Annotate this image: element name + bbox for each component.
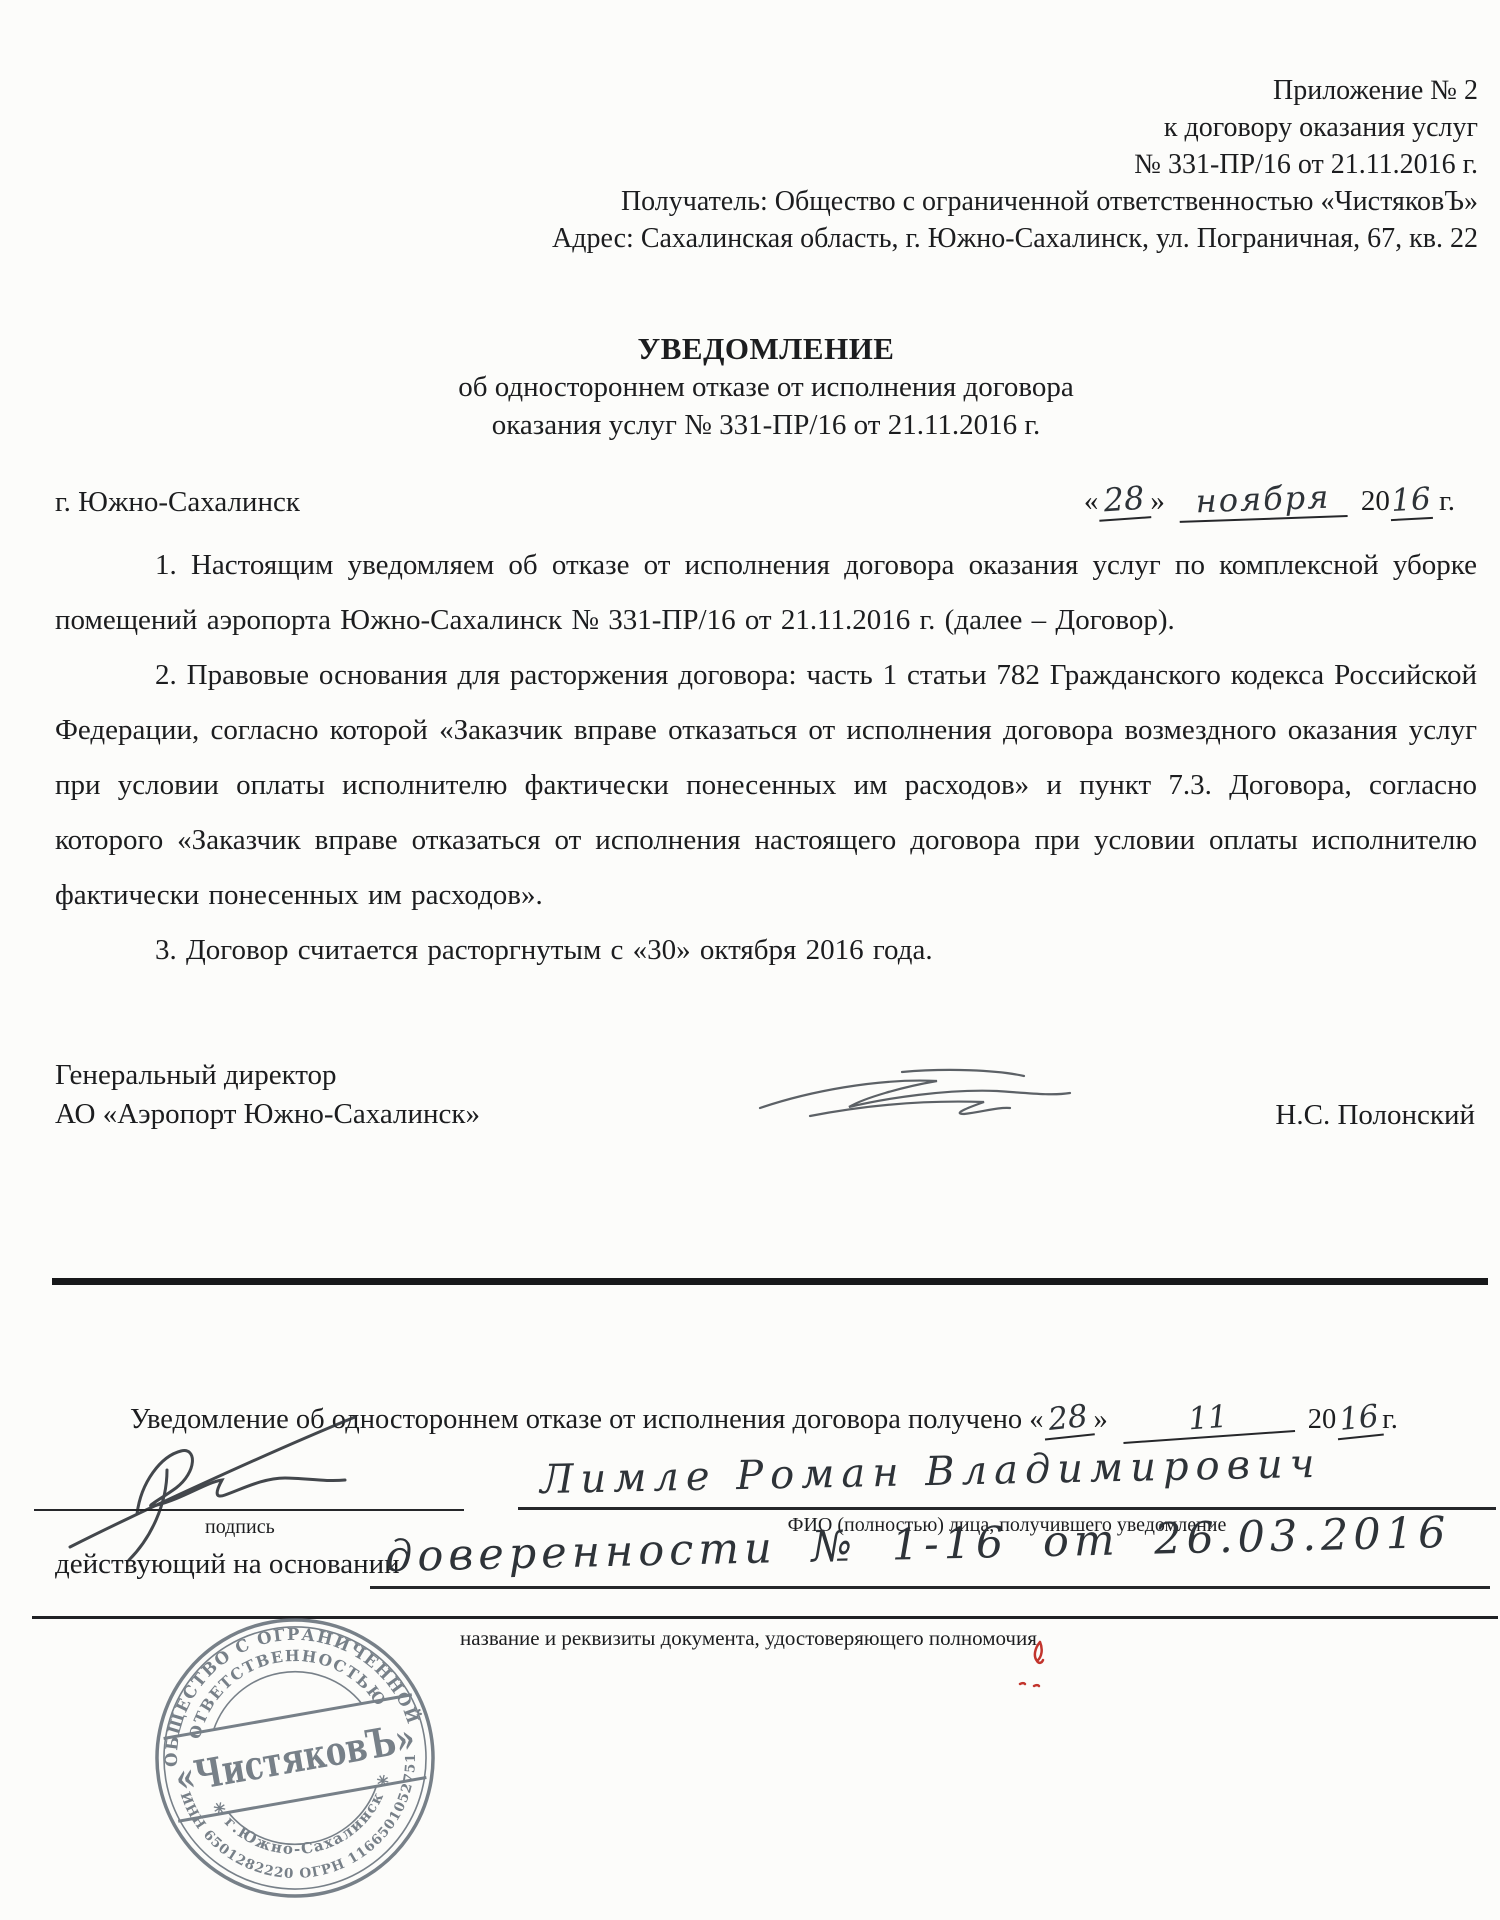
document-body: 1. Настоящим уведомляем об отказе от исп… <box>55 538 1477 978</box>
appendix-number: Приложение № 2 <box>552 72 1478 109</box>
appendix-header: Приложение № 2 к договору оказания услуг… <box>552 72 1478 257</box>
director-signature <box>752 1056 1082 1134</box>
date-year-handwritten: 16 <box>1389 481 1433 521</box>
date-month-handwritten: ноября <box>1178 477 1347 523</box>
director-signature-stroke <box>810 1102 1010 1116</box>
city-label: г. Южно-Сахалинск <box>55 486 300 519</box>
red-pen-mark-stroke <box>1020 1683 1039 1686</box>
basis-underline <box>370 1586 1490 1589</box>
scanned-document-page: Приложение № 2 к договору оказания услуг… <box>0 0 1500 1920</box>
red-pen-mark <box>1018 1640 1062 1692</box>
contract-reference-line1: к договору оказания услуг <box>552 109 1478 146</box>
signatory-position-block: Генеральный директор АО «Аэропорт Южно-С… <box>55 1056 480 1134</box>
section-divider-line <box>52 1278 1488 1285</box>
fio-underline <box>518 1507 1496 1510</box>
document-subtitle-2: оказания услуг № 331-ПР/16 от 21.11.2016… <box>55 406 1477 444</box>
paragraph-3: 3. Договор считается расторгнутым с «30»… <box>55 923 1477 978</box>
contract-reference-line2: № 331-ПР/16 от 21.11.2016 г. <box>552 146 1478 183</box>
receipt-month-handwritten: 11 <box>1121 1394 1295 1444</box>
document-subtitle-1: об одностороннем отказе от исполнения до… <box>55 368 1477 406</box>
recipient-signature-stroke <box>137 1451 345 1514</box>
signature-underline <box>34 1509 464 1511</box>
basis-document-label: название и реквизиты документа, удостове… <box>460 1626 1037 1651</box>
date-quote-open: « <box>1084 485 1099 518</box>
director-signature-stroke <box>902 1070 1024 1076</box>
signatory-position-line2: АО «Аэропорт Южно-Сахалинск» <box>55 1095 480 1134</box>
dateline: г. Южно-Сахалинск «28»ноября2016 г. <box>55 480 1455 524</box>
paragraph-1: 1. Настоящим уведомляем об отказе от исп… <box>55 538 1477 648</box>
receipt-year-suffix: г. <box>1382 1404 1398 1436</box>
date-day-handwritten: 28 <box>1097 478 1152 522</box>
signatory-position-line1: Генеральный директор <box>55 1056 480 1095</box>
document-title: УВЕДОМЛЕНИЕ <box>55 330 1477 368</box>
date-year-suffix: г. <box>1439 485 1455 518</box>
recipient-line: Получатель: Общество с ограниченной отве… <box>552 183 1478 220</box>
signature-label: подпись <box>205 1516 275 1539</box>
date-year-prefix: 20 <box>1361 485 1390 518</box>
company-stamp: ОБЩЕСТВО С ОГРАНИЧЕННОЙ ОТВЕТСТВЕННОСТЬЮ… <box>135 1608 455 1908</box>
receipt-day-handwritten: 28 <box>1042 1397 1096 1440</box>
date-quote-close: » <box>1150 485 1165 518</box>
receipt-year-prefix: 20 <box>1308 1404 1337 1436</box>
recipient-name-handwritten: Лимле Роман Владимирович <box>540 1441 1322 1503</box>
basis-text: действующий на основании <box>55 1548 400 1581</box>
receipt-quote-close: » <box>1093 1404 1107 1436</box>
recipient-signature <box>45 1412 425 1562</box>
date-group: «28»ноября2016 г. <box>1084 480 1455 520</box>
address-line: Адрес: Сахалинская область, г. Южно-Саха… <box>552 220 1478 257</box>
document-title-block: УВЕДОМЛЕНИЕ об одностороннем отказе от и… <box>55 330 1477 444</box>
paragraph-2: 2. Правовые основания для расторжения до… <box>55 648 1477 923</box>
signatory-name: Н.С. Полонский <box>1275 1099 1475 1132</box>
receipt-year-handwritten: 16 <box>1334 1398 1384 1441</box>
red-pen-mark-stroke <box>1035 1642 1043 1663</box>
